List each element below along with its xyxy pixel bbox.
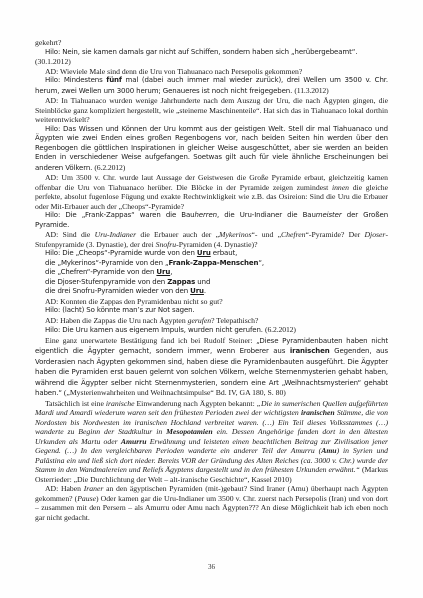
- text-run: AD: Sind die: [45, 230, 95, 239]
- text-run: Zappas: [167, 278, 195, 286]
- text-run: iranischen: [301, 408, 335, 417]
- scanned-book-page: gekehrt?Hilo: Nein, sie kamen damals gar…: [0, 0, 423, 598]
- text-run: Uru-Indianer: [95, 230, 136, 239]
- text-run: meister: [316, 211, 342, 219]
- paragraph: Hilo: Nein, sie kamen damals gar nicht a…: [35, 48, 388, 58]
- paragraph: Tatsächlich ist eine iranische Einwander…: [35, 399, 388, 485]
- text-run: Hilo: Die Uru kamen aus eigenem Impuls, …: [45, 326, 265, 334]
- text-run: Hilo: Die „Frank-Zappas“ waren die Bau: [45, 211, 194, 219]
- text-run: die „Chefren“-Pyramide von den: [45, 268, 156, 276]
- text-run: “-Pyramide? Der: [306, 230, 365, 239]
- text-run: AD: Haben die Zappas die Uru nach Ägypte…: [45, 316, 188, 325]
- paragraph: AD: Konnten die Zappas den Pyramidenbau …: [35, 297, 388, 307]
- paragraph: AD: Sind die Uru-Indianer die Erbauer au…: [35, 230, 388, 249]
- text-block: gekehrt?Hilo: Nein, sie kamen damals gar…: [35, 38, 388, 522]
- text-run: AD: Wieviele Male sind denn die Uru von …: [45, 67, 302, 76]
- text-run: Mykerinos: [219, 230, 251, 239]
- text-run: (6.2.2012): [94, 163, 125, 172]
- paragraph: (30.1.2012): [35, 57, 388, 67]
- paragraph: AD: Haben die Zappas die Uru nach Ägypte…: [35, 316, 388, 326]
- text-run: AD: Konnten die Zappas den Pyramidenbau …: [45, 297, 223, 306]
- paragraph: Hilo: Die „Frank-Zappas“ waren die Bauhe…: [35, 211, 388, 230]
- text-run: Djoser: [365, 230, 386, 239]
- text-run: iranische: [106, 399, 135, 408]
- text-run: gekehrt?: [35, 38, 61, 47]
- text-run: Chefren: [281, 230, 305, 239]
- paragraph: Hilo: (lacht) So könnte man’s zur Not sa…: [35, 306, 388, 316]
- text-run: (6.2.2012): [265, 325, 296, 334]
- paragraph: AD: Wieviele Male sind denn die Uru von …: [35, 67, 388, 77]
- text-run: Uru: [156, 268, 170, 276]
- paragraph: AD: Um 3500 v. Chr. wurde laut Aussage d…: [35, 173, 388, 211]
- text-run: Pause: [77, 494, 96, 503]
- text-run: Snofru: [156, 240, 177, 249]
- text-run: und: [195, 278, 210, 286]
- paragraph: die „Chefren“-Pyramide von den Uru,: [35, 268, 388, 278]
- text-run: Frank-Zappa-Menschen: [169, 259, 259, 267]
- text-run: AD: In Tiahuanaco wurden wenige Jahrhund…: [35, 96, 388, 124]
- paragraph: Hilo: Das Wissen und Können der Uru komm…: [35, 125, 388, 174]
- text-run: herren: [194, 211, 217, 219]
- paragraph: Hilo: Mindestens fünf mal (dabei auch im…: [35, 76, 388, 96]
- text-run: Eine ganz unerwartete Bestätigung fand i…: [45, 336, 256, 345]
- text-run: Tatsächlich ist eine: [45, 399, 106, 408]
- text-run: („Mysterienwahrheiten und Weihnachtsimpu…: [62, 388, 286, 397]
- text-run: Hilo: Nein, sie kamen damals gar nicht a…: [45, 48, 357, 56]
- text-run: iranischen: [290, 347, 330, 355]
- paragraph: AD: Haben Iraner an den ägyptischen Pyra…: [35, 484, 388, 522]
- text-run: innen: [332, 183, 349, 192]
- text-run: fünf: [106, 76, 122, 84]
- paragraph: gekehrt?: [35, 38, 388, 48]
- text-run: Uru: [190, 287, 204, 295]
- text-run: (30.1.2012): [35, 57, 71, 66]
- text-run: ? Telepathisch?: [211, 316, 258, 325]
- text-run: Hilo: (lacht) So könnte man’s zur Not sa…: [45, 306, 195, 314]
- text-run: erbaut,: [211, 249, 238, 257]
- text-run: die Erbauer auch der „: [136, 230, 219, 239]
- page-number: 36: [0, 563, 423, 571]
- text-run: die „Mykerinos“-Pyramide von den „: [45, 259, 169, 267]
- text-run: Iraner: [84, 484, 104, 493]
- text-run: Uru: [197, 249, 211, 257]
- text-run: “- und „: [252, 230, 282, 239]
- text-run: (11.3.2012): [294, 86, 328, 95]
- text-run: AD: Haben: [45, 484, 84, 493]
- paragraph: Hilo: Die „Cheops“-Pyramide wurde von de…: [35, 249, 388, 259]
- text-run: Mesopotamien: [166, 427, 213, 436]
- paragraph: die „Mykerinos“-Pyramide von den „Frank-…: [35, 259, 388, 269]
- paragraph: Hilo: Die Uru kamen aus eigenem Impuls, …: [35, 325, 388, 336]
- text-run: die drei Snofru-Pyramiden wieder von den: [45, 287, 190, 295]
- paragraph: Eine ganz unerwartete Bestätigung fand i…: [35, 336, 388, 399]
- text-run: die Djoser-Stufenpyramide von den: [45, 278, 167, 286]
- text-run: , die Uru-Indianer die Bau: [217, 211, 316, 219]
- paragraph: AD: In Tiahuanaco wurden wenige Jahrhund…: [35, 96, 388, 125]
- text-run: Hilo: Das Wissen und Können der Uru komm…: [35, 125, 388, 172]
- text-run: Hilo: Mindestens: [45, 76, 106, 84]
- text-run: Hilo: Die „Cheops“-Pyramide wurde von de…: [45, 249, 197, 257]
- text-run: -Pyramiden (4. Dynastie)?: [176, 240, 257, 249]
- paragraph: die drei Snofru-Pyramiden wieder von den…: [35, 287, 388, 297]
- text-run: Einwanderung nach Ägypten bekannt:: [135, 399, 257, 408]
- text-run: “,: [258, 259, 264, 267]
- text-run: .: [204, 287, 206, 295]
- text-run: gerufen: [188, 316, 211, 325]
- text-run: ,: [170, 268, 172, 276]
- text-run: Amurru: [121, 437, 147, 446]
- text-run: Amu: [321, 446, 336, 455]
- paragraph: die Djoser-Stufenpyramide von den Zappas…: [35, 278, 388, 288]
